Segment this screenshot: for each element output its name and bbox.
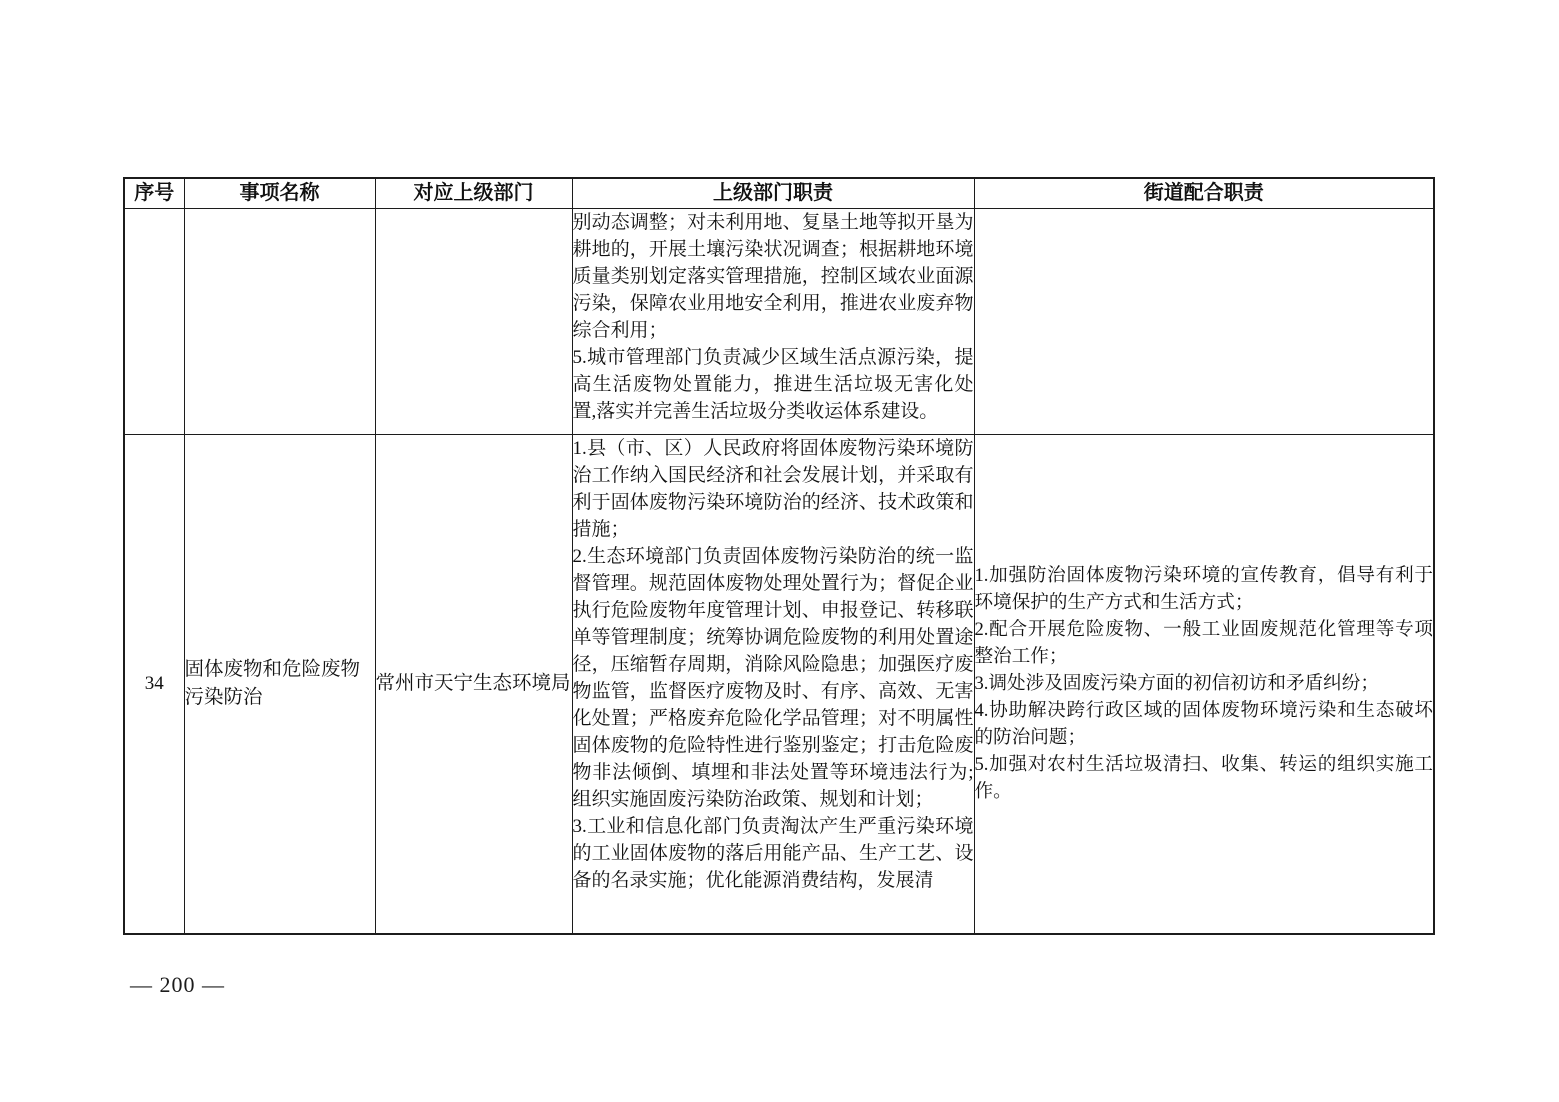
document-page: 序号 事项名称 对应上级部门 上级部门职责 街道配合职责 别动态调整；对未利用地… <box>0 0 1559 1102</box>
duty-paragraph: 5.加强对农村生活垃圾清扫、收集、转运的组织实施工作。 <box>975 751 1434 805</box>
cell-superior-department: 常州市天宁生态环境局 <box>375 435 572 934</box>
header-row: 序号 事项名称 对应上级部门 上级部门职责 街道配合职责 <box>124 178 1434 209</box>
duty-paragraph: 5.城市管理部门负责减少区域生活点源污染，提高生活废物处置能力，推进生活垃圾无害… <box>573 344 974 423</box>
duty-paragraph: 1.县（市、区）人民政府将固体废物污染环境防治工作纳入国民经济和社会发展计划，并… <box>573 435 974 543</box>
column-header-superior-duties: 上级部门职责 <box>572 178 974 209</box>
table-row-34: 34 固体废物和危险废物污染防治 常州市天宁生态环境局 1.县（市、区）人民政府… <box>124 435 1434 934</box>
duty-paragraph: 2.配合开展危险废物、一般工业固废规范化管理等专项整治工作； <box>975 616 1434 670</box>
duty-paragraph: 3.调处涉及固废污染方面的初信初访和矛盾纠纷； <box>975 670 1434 697</box>
page-number: — 200 — <box>130 972 225 998</box>
duty-paragraph: 4.协助解决跨行政区域的固体废物环境污染和生态破坏的防治问题； <box>975 697 1434 751</box>
cell-seq <box>124 209 184 435</box>
duty-paragraph: 3.工业和信息化部门负责淘汰产生严重污染环境的工业固体废物的落后用能产品、生产工… <box>573 813 974 894</box>
cell-superior-duties: 1.县（市、区）人民政府将固体废物污染环境防治工作纳入国民经济和社会发展计划，并… <box>572 435 974 934</box>
street-duties-text: 1.加强防治固体废物污染环境的宣传教育，倡导有利于环境保护的生产方式和生活方式；… <box>975 440 1434 927</box>
cell-street-duties: 1.加强防治固体废物污染环境的宣传教育，倡导有利于环境保护的生产方式和生活方式；… <box>974 435 1434 934</box>
cell-item-name <box>184 209 375 435</box>
cell-street-duties <box>974 209 1434 435</box>
column-header-street-duties: 街道配合职责 <box>974 178 1434 209</box>
duty-paragraph: 别动态调整；对未利用地、复垦土地等拟开垦为耕地的，开展土壤污染状况调查；根据耕地… <box>573 209 974 344</box>
cell-superior-department <box>375 209 572 435</box>
duties-table: 序号 事项名称 对应上级部门 上级部门职责 街道配合职责 别动态调整；对未利用地… <box>123 177 1435 935</box>
column-header-item-name: 事项名称 <box>184 178 375 209</box>
superior-duties-text: 别动态调整；对未利用地、复垦土地等拟开垦为耕地的，开展土壤污染状况调查；根据耕地… <box>573 209 974 423</box>
cell-item-name: 固体废物和危险废物污染防治 <box>184 435 375 934</box>
duty-paragraph: 2.生态环境部门负责固体废物污染防治的统一监督管理。规范固体废物处理处置行为；督… <box>573 543 974 813</box>
cell-seq: 34 <box>124 435 184 934</box>
superior-duties-text: 1.县（市、区）人民政府将固体废物污染环境防治工作纳入国民经济和社会发展计划，并… <box>573 435 974 922</box>
column-header-superior-department: 对应上级部门 <box>375 178 572 209</box>
duty-paragraph: 1.加强防治固体废物污染环境的宣传教育，倡导有利于环境保护的生产方式和生活方式； <box>975 562 1434 616</box>
column-header-seq: 序号 <box>124 178 184 209</box>
cell-superior-duties: 别动态调整；对未利用地、复垦土地等拟开垦为耕地的，开展土壤污染状况调查；根据耕地… <box>572 209 974 435</box>
table-row-continuation: 别动态调整；对未利用地、复垦土地等拟开垦为耕地的，开展土壤污染状况调查；根据耕地… <box>124 209 1434 435</box>
